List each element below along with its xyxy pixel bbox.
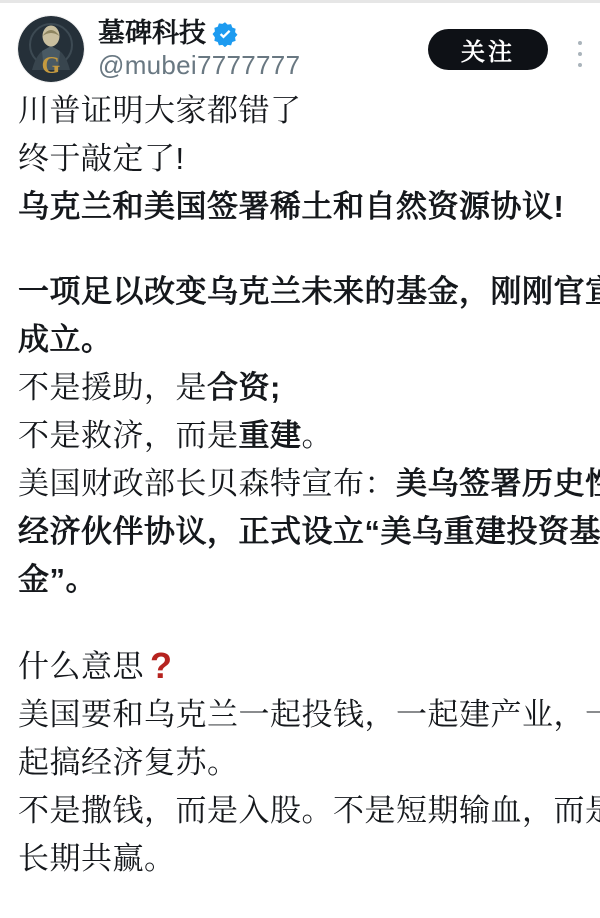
paragraph-gap — [18, 604, 586, 641]
post-text-segment: 什么意思 — [18, 649, 144, 684]
post-line: 长期共赢。 — [18, 835, 586, 883]
post-text-segment: 经济伙伴协议，正式设立“美乌重建投资基 — [18, 514, 600, 549]
post-text-segment: 一项足以改变乌克兰未来的基金，刚刚官宣 — [18, 274, 600, 309]
post-line: 金”。 — [18, 556, 586, 604]
verified-badge-icon — [212, 21, 238, 47]
post-line: 什么意思? — [18, 641, 586, 691]
tweet-header: G 墓碑科技 @mubei7777777 关注 — [0, 3, 600, 81]
display-name[interactable]: 墓碑科技 — [98, 17, 206, 49]
post-text-segment: 金”。 — [18, 562, 97, 597]
post-text-segment: 不是救济，而是 — [18, 418, 239, 453]
post-line: 川普证明大家都错了 — [18, 87, 586, 135]
follow-button[interactable]: 关注 — [428, 29, 548, 70]
post-line: 经济伙伴协议，正式设立“美乌重建投资基 — [18, 508, 586, 556]
post-line: 终于敲定了! — [18, 135, 586, 183]
post-line: 一项足以改变乌克兰未来的基金，刚刚官宣 — [18, 268, 586, 316]
red-question-mark-icon: ? — [150, 645, 173, 686]
user-handle[interactable]: @mubei7777777 — [98, 50, 300, 80]
post-line: 成立。 — [18, 316, 586, 364]
post-text-segment: 美乌签署历史性 — [396, 466, 600, 501]
post-text-segment: 终于敲定了! — [18, 141, 185, 176]
post-text: 川普证明大家都错了终于敲定了!乌克兰和美国签署稀土和自然资源协议!一项足以改变乌… — [0, 81, 600, 883]
post-text-segment: 川普证明大家都错了 — [18, 93, 302, 128]
post-line: 不是援助，是合资; — [18, 364, 586, 412]
tweet-card: G 墓碑科技 @mubei7777777 关注 川普证明大家都错了终于敲定了!乌… — [0, 0, 600, 918]
post-line: 起搞经济复苏。 — [18, 739, 586, 787]
avatar[interactable]: G — [18, 16, 84, 82]
identity-block: 墓碑科技 @mubei7777777 — [98, 16, 300, 81]
post-text-segment: 起搞经济复苏。 — [18, 745, 239, 780]
post-text-segment: 长期共赢。 — [18, 841, 176, 876]
avatar-image: G — [18, 16, 84, 82]
post-text-segment: 美国要和乌克兰一起投钱，一起建产业，一 — [18, 697, 600, 732]
post-text-segment: 合资; — [207, 370, 281, 405]
post-line: 乌克兰和美国签署稀土和自然资源协议! — [18, 183, 586, 231]
post-line: 不是救济，而是重建。 — [18, 412, 586, 460]
post-text-segment: 。 — [302, 418, 334, 453]
post-text-segment: 不是援助，是 — [18, 370, 207, 405]
more-options-kebab-icon[interactable] — [576, 39, 584, 69]
post-text-segment: 成立。 — [18, 322, 113, 357]
post-text-segment: 乌克兰和美国签署稀土和自然资源协议! — [18, 189, 564, 224]
post-line: 不是撒钱，而是入股。不是短期输血，而是 — [18, 787, 586, 835]
avatar-letter: G — [42, 53, 61, 79]
post-text-segment: 美国财政部长贝森特宣布： — [18, 466, 396, 501]
post-text-segment: 重建 — [239, 418, 302, 453]
post-line: 美国财政部长贝森特宣布：美乌签署历史性 — [18, 460, 586, 508]
post-text-segment: 不是撒钱，而是入股。不是短期输血，而是 — [18, 793, 600, 828]
post-line: 美国要和乌克兰一起投钱，一起建产业，一 — [18, 691, 586, 739]
paragraph-gap — [18, 231, 586, 268]
name-row: 墓碑科技 — [98, 17, 300, 49]
